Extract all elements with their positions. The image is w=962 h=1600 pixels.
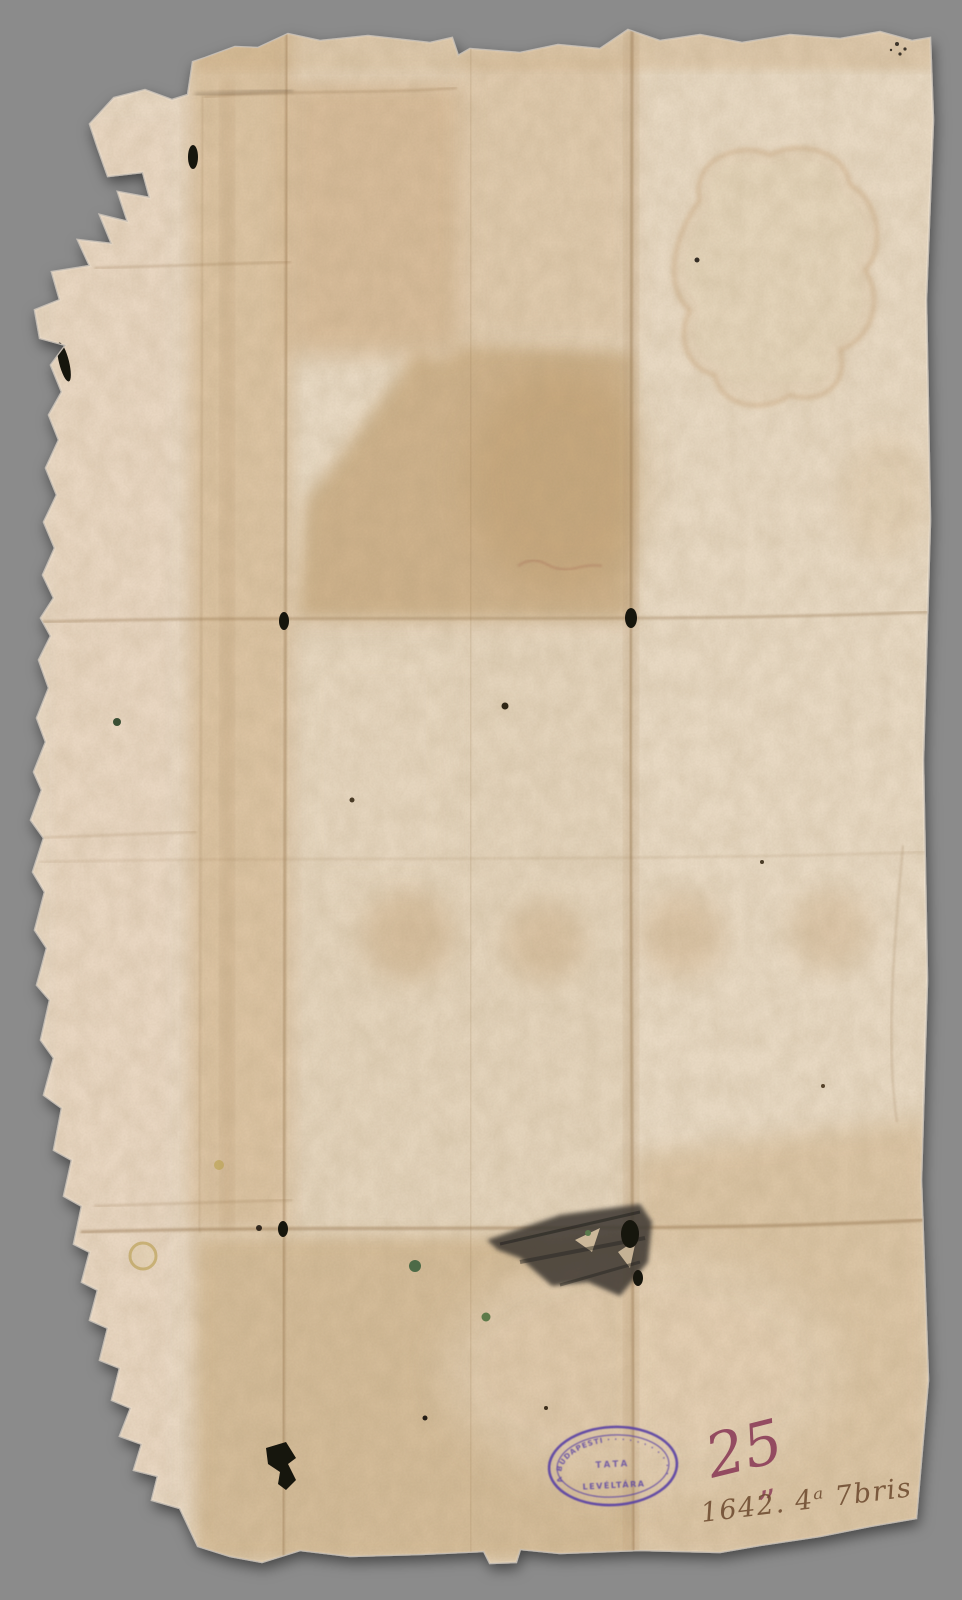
photo-stage: A BUDAPESTI · · · · · · · · · · · · TATA… (0, 0, 962, 1600)
paper-sheet: A BUDAPESTI · · · · · · · · · · · · TATA… (0, 0, 962, 1600)
paper-grain-texture (0, 0, 962, 1600)
document-photograph: A BUDAPESTI · · · · · · · · · · · · TATA… (0, 0, 962, 1600)
stamp-line-tata: TATA (595, 1459, 630, 1471)
